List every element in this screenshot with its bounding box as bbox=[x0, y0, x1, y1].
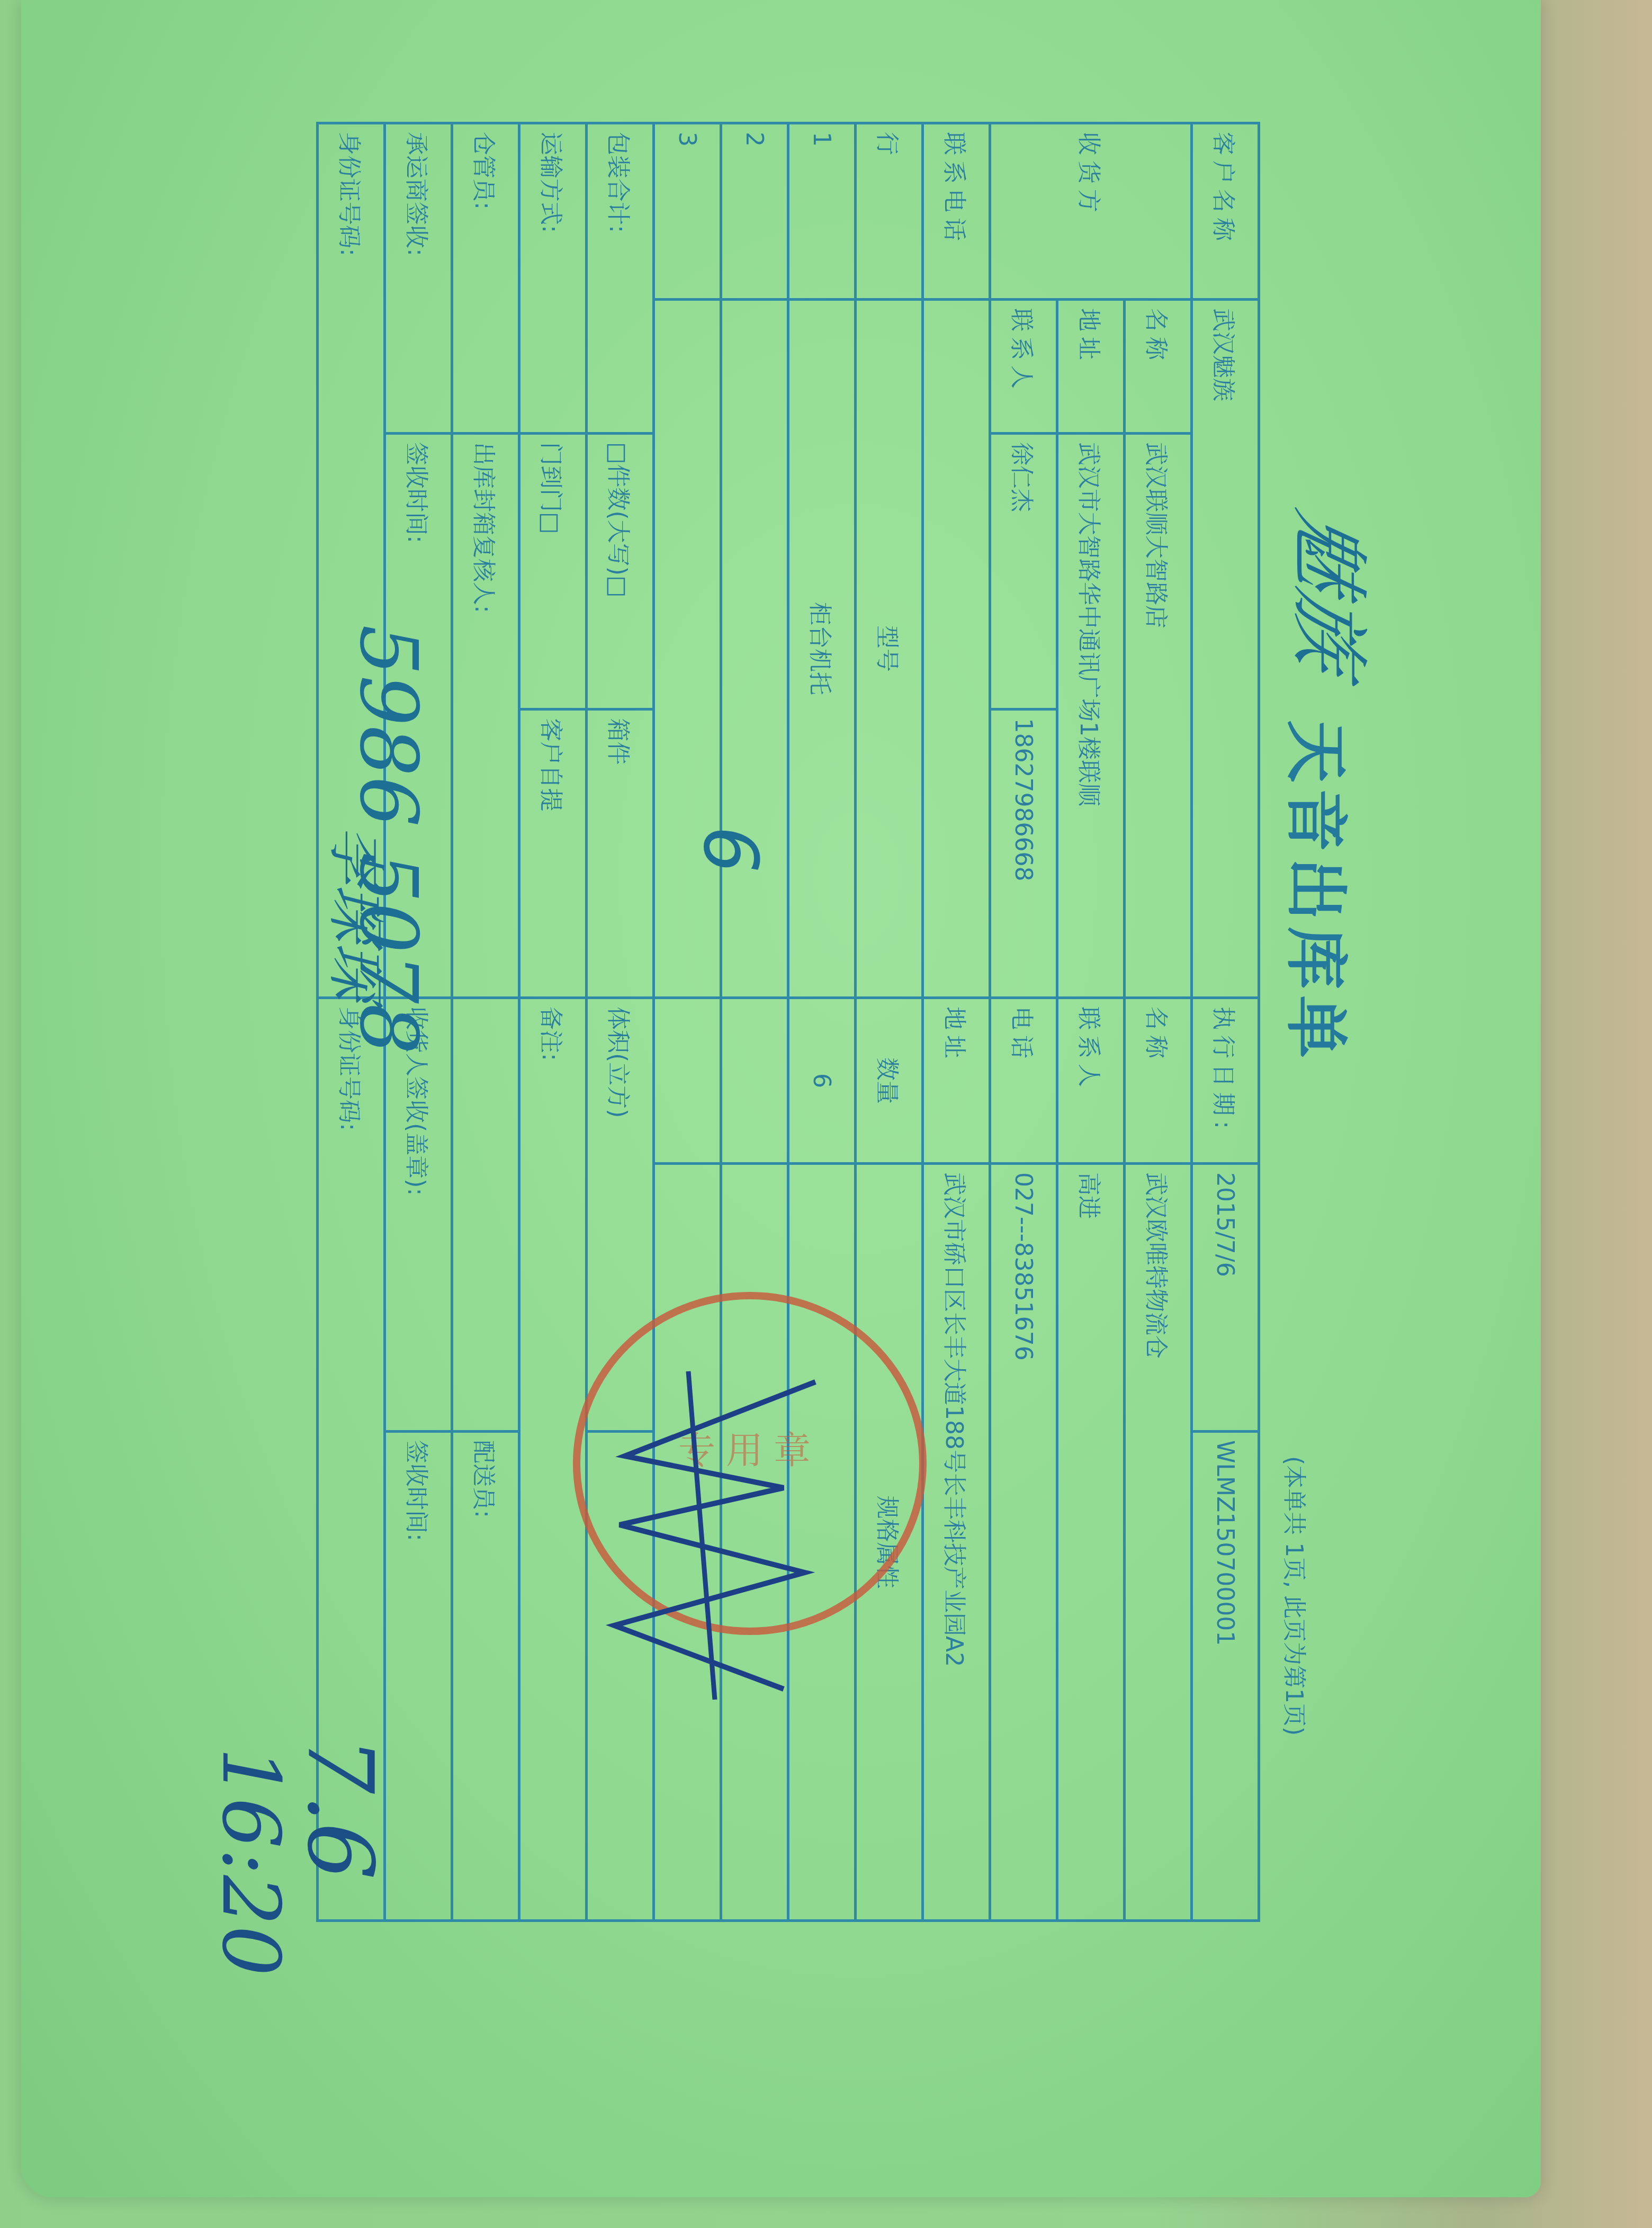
item-model bbox=[721, 300, 788, 998]
sender-contact-label: 联系人 bbox=[1057, 998, 1125, 1164]
receiver-phone-label: 联系电话 bbox=[923, 123, 990, 300]
col-model-header: 型号 bbox=[856, 300, 923, 998]
receiver-side-label: 收货方 bbox=[990, 123, 1192, 300]
sender-address-row: 联系电话 地址 武汉市硚口区长丰大道188号长丰科技产业园A2 bbox=[923, 123, 990, 1921]
sender-phone-label: 电话 bbox=[990, 998, 1057, 1164]
transport-row: 运输方式: 门到门□ 客户自提 备注: bbox=[519, 123, 587, 1921]
item-row-number: 2 bbox=[721, 123, 788, 300]
sender-address-value: 武汉市硚口区长丰大道188号长丰科技产业园A2 bbox=[923, 1164, 990, 1921]
sender-name-value: 武汉欧唯特物流仓 bbox=[1125, 1164, 1192, 1921]
item-row-number: 1 bbox=[788, 123, 856, 300]
transport-option-pickup: 客户自提 bbox=[519, 709, 587, 998]
col-row-header: 行 bbox=[856, 123, 923, 300]
items-header-row: 行 型号 数量 规格属性 bbox=[856, 123, 923, 1921]
receiver-name-label: 名称 bbox=[1125, 300, 1192, 434]
item-model bbox=[654, 300, 721, 998]
item-quantity: 6 bbox=[788, 998, 856, 1164]
carrier-sign-label: 承运商签收: bbox=[385, 123, 452, 434]
item-quantity bbox=[654, 998, 721, 1164]
seal-check-label: 出库封箱复核人: bbox=[452, 434, 519, 998]
handwritten-name: 李琛琛 bbox=[319, 826, 402, 1001]
package-total-value: □件数(大写)□ bbox=[587, 434, 654, 709]
col-quantity-header: 数量 bbox=[856, 998, 923, 1164]
warehouse-row: 仓管员: 出库封箱复核人: 配送员: bbox=[452, 123, 519, 1921]
item-row-number: 3 bbox=[654, 123, 721, 300]
receiver-contact-value: 徐仁杰 bbox=[990, 434, 1057, 709]
receiver-sign-time-label: 签收时间: bbox=[385, 1432, 452, 1921]
item-model: 柜台机托 bbox=[788, 300, 856, 998]
execution-date-value: 2015/7/6 bbox=[1192, 1164, 1259, 1432]
phone-row: 联系人 徐仁杰 18627986668 电话 027---83851676 bbox=[990, 123, 1057, 1921]
receiver-address-label: 地址 bbox=[1057, 300, 1125, 434]
sender-name-label: 名称 bbox=[1125, 998, 1192, 1164]
receiver-phone-value: 18627986668 bbox=[990, 709, 1057, 998]
outbound-delivery-form: 魅族 天音出库单 (本单共 1页, 此页为第1页) 客户名称 武汉魅族 执行日期… bbox=[487, 122, 1260, 1922]
package-total-label: 包装合计: bbox=[587, 123, 654, 434]
receiver-address-value: 武汉市大智路华中通讯广场1楼联顺 bbox=[1057, 434, 1125, 998]
warehouse-keeper-label: 仓管员: bbox=[452, 123, 519, 434]
delivery-label: 配送员: bbox=[452, 1432, 519, 1921]
item-quantity bbox=[721, 998, 788, 1164]
customer-value: 武汉魅族 bbox=[1192, 300, 1259, 998]
package-unit: 箱件 bbox=[587, 709, 654, 998]
order-number: WLMZ150700001 bbox=[1192, 1432, 1259, 1921]
handwritten-brand: 魅族 bbox=[1278, 501, 1393, 685]
receiver-contact-label: 联系人 bbox=[990, 300, 1057, 434]
signature-scribble bbox=[582, 1350, 847, 1721]
customer-row: 客户名称 武汉魅族 执行日期: 2015/7/6 WLMZ150700001 bbox=[1192, 123, 1259, 1921]
customer-label: 客户名称 bbox=[1192, 123, 1259, 300]
sender-address-label: 地址 bbox=[923, 998, 990, 1164]
form-title-row: 魅族 天音出库单 (本单共 1页, 此页为第1页) bbox=[1265, 122, 1371, 1922]
form-title: 天音出库单 bbox=[1276, 720, 1366, 1064]
handwritten-date: 7.6 bbox=[287, 1737, 392, 1880]
address-contact-row: 地址 武汉市大智路华中通讯广场1楼联顺 联系人 高进 bbox=[1057, 123, 1125, 1921]
receiver-name-value: 武汉联顺大智路店 bbox=[1125, 434, 1192, 998]
transport-label: 运输方式: bbox=[519, 123, 587, 434]
name-row: 收货方 名称 武汉联顺大智路店 名称 武汉欧唯特物流仓 bbox=[1125, 123, 1192, 1921]
handwritten-package-count: 6 bbox=[687, 826, 773, 873]
sender-contact-value: 高进 bbox=[1057, 1164, 1125, 1921]
execution-date-label: 执行日期: bbox=[1192, 998, 1259, 1164]
sender-phone-value: 027---83851676 bbox=[990, 1164, 1057, 1921]
receiver-sign-label: 收货人签收(盖章): bbox=[385, 998, 452, 1432]
page-note: (本单共 1页, 此页为第1页) bbox=[1279, 1456, 1313, 1736]
transport-option-door: 门到门□ bbox=[519, 434, 587, 709]
handwritten-time: 16:20 bbox=[204, 1747, 297, 1976]
